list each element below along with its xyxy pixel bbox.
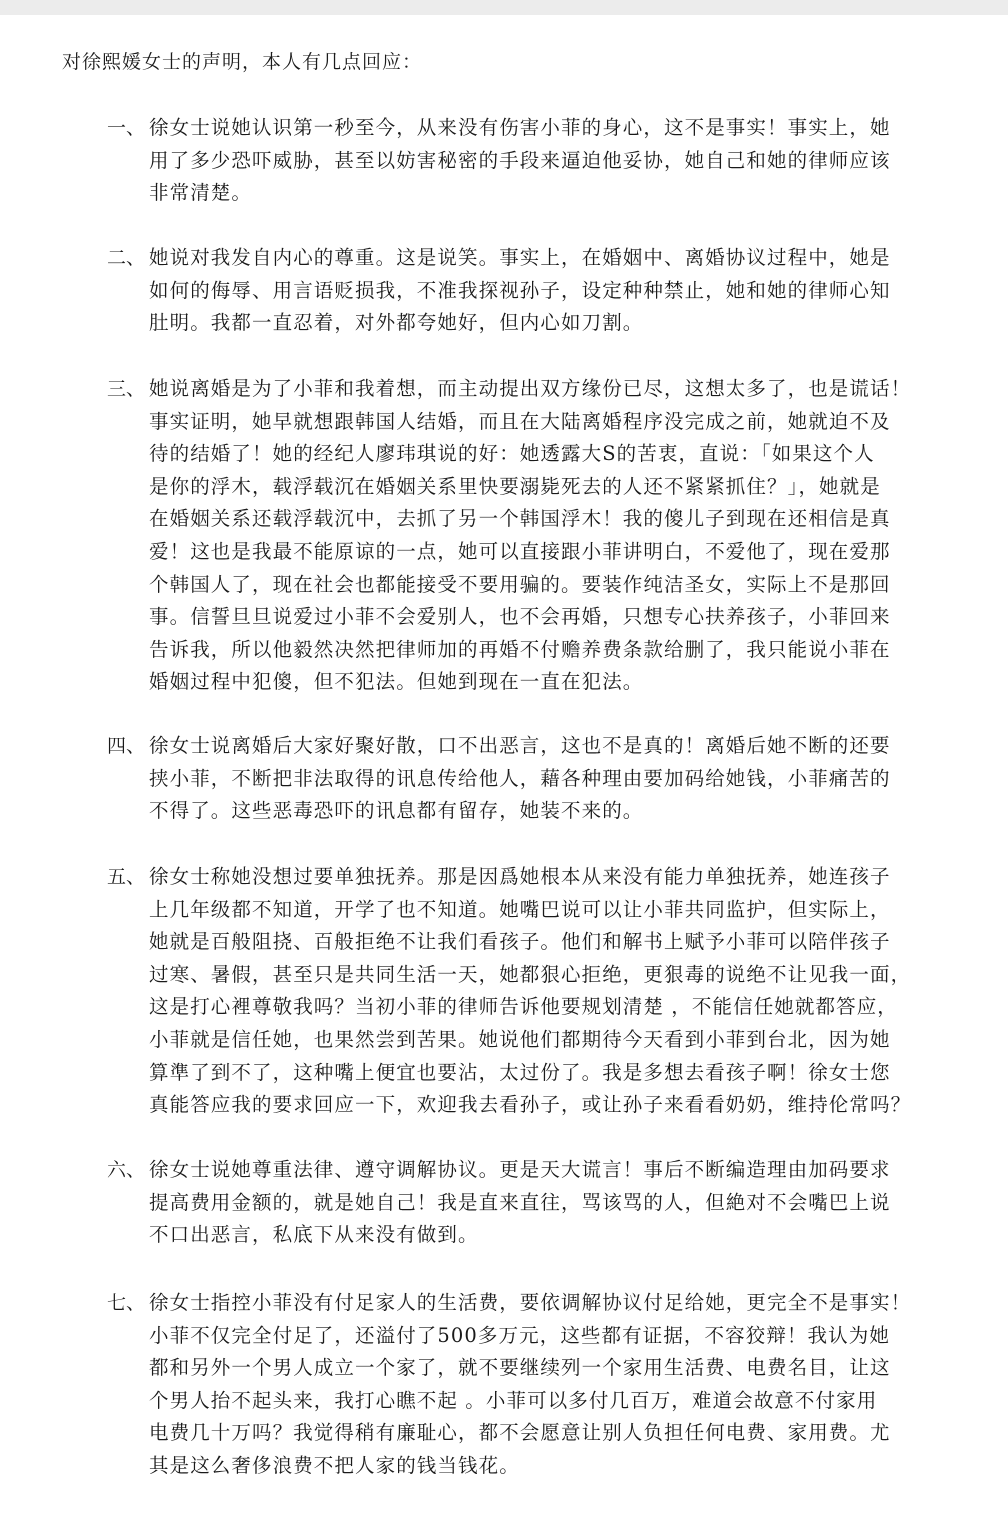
section-body: 她说离婚是为了小菲和我着想，而主动提出双方缘份已尽，这想太多了，也是谎话！ 事实… [149, 373, 939, 699]
section-body: 徐女士说她认识第一秒至今，从来没有伤害小菲的身心，这不是事实！事实上，她 用了多… [149, 112, 939, 210]
text-line: 上几年级都不知道，开学了也不知道。她嘴巴说可以让小菲共同监护，但实际上， [149, 894, 939, 927]
text-line: 徐女士说她认识第一秒至今，从来没有伤害小菲的身心，这不是事实！事实上，她 [149, 112, 939, 145]
text-line: 肚明。我都一直忍着，对外都夸她好，但内心如刀割。 [149, 307, 939, 340]
text-line: 个男人抬不起头来，我打心瞧不起 。小菲可以多付几百万，难道会故意不付家用 [149, 1385, 939, 1418]
text-line: 小菲不仅完全付足了，还溢付了500多万元，这些都有证据，不容狡辩！我认为她 [149, 1320, 939, 1353]
text-line: 个韩国人了，现在社会也都能接受不要用骗的。要装作纯洁圣女，实际上不是那回 [149, 569, 939, 602]
section-marker: 一、 [107, 112, 145, 145]
text-line: 婚姻过程中犯傻，但不犯法。但她到现在一直在犯法。 [149, 666, 939, 699]
text-line: 徐女士指控小菲没有付足家人的生活费，要依调解协议付足给她，更完全不是事实！ [149, 1287, 939, 1320]
text-line: 是你的浮木，载浮载沉在婚姻关系里快要溺毙死去的人还不紧紧抓住？」，她就是 [149, 471, 939, 504]
text-line: 她说对我发自内心的尊重。这是说笑。事实上，在婚姻中、离婚协议过程中，她是 [149, 242, 939, 275]
section-body: 徐女士说她尊重法律、遵守调解协议。更是天大谎言！事后不断编造理由加码要求 提高费… [149, 1154, 939, 1252]
text-line: 爱！这也是我最不能原谅的一点，她可以直接跟小菲讲明白，不爱他了，现在爱那 [149, 536, 939, 569]
text-line: 算準了到不了，这种嘴上便宜也要沾，太过份了。我是多想去看孩子啊！徐女士您 [149, 1057, 939, 1090]
text-line: 事。信誓旦旦说爱过小菲不会爱别人，也不会再婚，只想专心扶养孩子，小菲回来 [149, 601, 939, 634]
text-line: 提高费用金额的，就是她自己！我是直来直往，骂该骂的人，但絶对不会嘴巴上说 [149, 1187, 939, 1220]
text-line: 事实证明，她早就想跟韩国人结婚，而且在大陆离婚程序没完成之前，她就迫不及 [149, 406, 939, 439]
text-line: 待的结婚了！她的经纪人廖玮琪说的好：她透露大S的苦衷，直说：「如果这个人 [149, 438, 939, 471]
section-body: 她说对我发自内心的尊重。这是说笑。事实上，在婚姻中、离婚协议过程中，她是 如何的… [149, 242, 939, 340]
text-line: 这是打心裡尊敬我吗？当初小菲的律师告诉他要规划清楚 ，不能信任她就都答应， [149, 991, 939, 1024]
text-line: 她就是百般阻挠、百般拒绝不让我们看孩子。他们和解书上赋予小菲可以陪伴孩子 [149, 926, 939, 959]
section-marker: 五、 [107, 861, 145, 894]
text-line: 徐女士说她尊重法律、遵守调解协议。更是天大谎言！事后不断编造理由加码要求 [149, 1154, 939, 1187]
text-line: 如何的侮辱、用言语贬损我，不准我探视孙子，设定种种禁止，她和她的律师心知 [149, 275, 939, 308]
section-body: 徐女士指控小菲没有付足家人的生活费，要依调解协议付足给她，更完全不是事实！ 小菲… [149, 1287, 939, 1483]
text-line: 小菲就是信任她，也果然尝到苦果。她说他们都期待今天看到小菲到台北，因为她 [149, 1024, 939, 1057]
section-marker: 二、 [107, 242, 145, 275]
section-marker: 三、 [107, 373, 145, 406]
section-marker: 四、 [107, 730, 145, 763]
text-line: 电费几十万吗？我觉得稍有廉耻心，都不会愿意让别人负担任何电费、家用费。尤 [149, 1417, 939, 1450]
text-line: 她说离婚是为了小菲和我着想，而主动提出双方缘份已尽，这想太多了，也是谎话！ [149, 373, 939, 406]
text-line: 徐女士称她没想过要单独抚养。那是因爲她根本从来没有能力单独抚养，她连孩子 [149, 861, 939, 894]
section-marker: 六、 [107, 1154, 145, 1187]
text-line: 挟小菲，不断把非法取得的讯息传给他人，藉各种理由要加码给她钱，小菲痛苦的 [149, 763, 939, 796]
text-line: 非常清楚。 [149, 177, 939, 210]
section-marker: 七、 [107, 1287, 145, 1320]
text-line: 其是这么奢侈浪费不把人家的钱当钱花。 [149, 1450, 939, 1483]
text-line: 不得了。这些恶毒恐吓的讯息都有留存，她装不来的。 [149, 795, 939, 828]
section-body: 徐女士说离婚后大家好聚好散，口不出恶言，这也不是真的！离婚后她不断的还要 挟小菲… [149, 730, 939, 828]
text-line: 过寒、暑假，甚至只是共同生活一天，她都狠心拒绝，更狠毒的说绝不让见我一面， [149, 959, 939, 992]
statement-intro: 对徐熙媛女士的声明，本人有几点回应： [62, 48, 422, 76]
top-gray-band [0, 0, 1008, 15]
text-line: 真能答应我的要求回应一下，欢迎我去看孙子，或让孙子来看看奶奶，维持伦常吗？ [149, 1089, 939, 1122]
text-line: 都和另外一个男人成立一个家了，就不要继续列一个家用生活费、电费名目，让这 [149, 1352, 939, 1385]
text-line: 告诉我，所以他毅然决然把律师加的再婚不付赡养费条款给删了，我只能说小菲在 [149, 634, 939, 667]
text-line: 用了多少恐吓威胁，甚至以妨害秘密的手段来逼迫他妥协，她自己和她的律师应该 [149, 145, 939, 178]
section-body: 徐女士称她没想过要单独抚养。那是因爲她根本从来没有能力单独抚养，她连孩子 上几年… [149, 861, 939, 1122]
text-line: 徐女士说离婚后大家好聚好散，口不出恶言，这也不是真的！离婚后她不断的还要 [149, 730, 939, 763]
text-line: 不口出恶言，私底下从来没有做到。 [149, 1219, 939, 1252]
text-line: 在婚姻关系还载浮载沉中，去抓了另一个韩国浮木！我的傻儿子到现在还相信是真 [149, 503, 939, 536]
